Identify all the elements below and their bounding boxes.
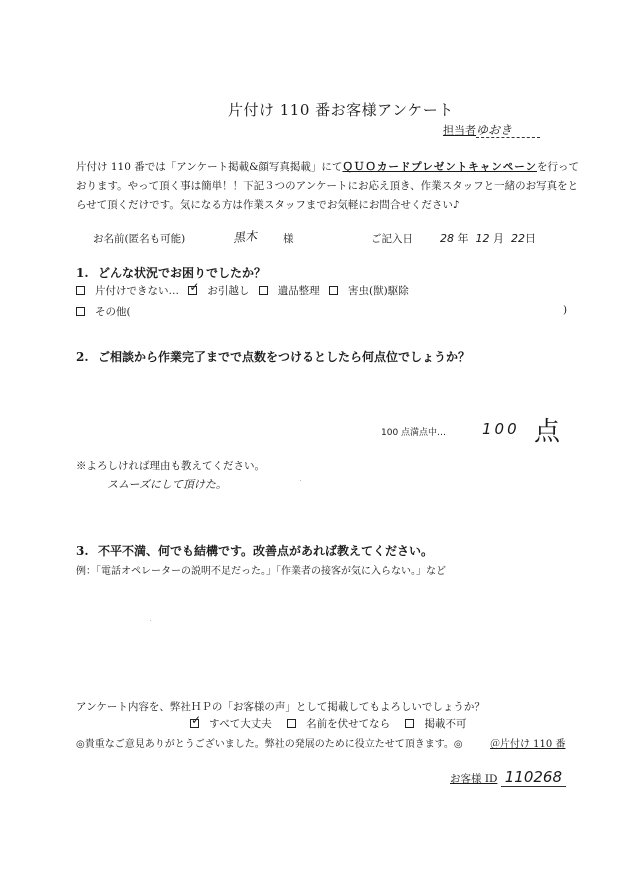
checkbox-checked-icon[interactable] <box>188 286 197 295</box>
consent-no-publish[interactable]: 掲載不可 <box>405 716 466 731</box>
scan-speck <box>150 620 151 621</box>
question-3-number: 3. <box>76 544 98 558</box>
staff-field: 担当者ゆおき <box>443 121 540 138</box>
option-other-label: その他( <box>95 306 131 318</box>
campaign-name: ＱＵＯカードプレゼントキャンペーン <box>342 161 537 173</box>
thanks-message: ◎貴重なご意見ありがとうございました。弊社の発展のために役立たせて頂きます。◎ <box>76 735 463 750</box>
checkbox-icon[interactable] <box>76 307 85 316</box>
option-estate-cleanup[interactable]: 遺品整理 <box>259 283 320 298</box>
date-year-unit: 年 <box>458 232 469 245</box>
intro-text: 片付け 110 番では「アンケート掲載&顔写真掲載」にてＱＵＯカードプレゼントキ… <box>76 158 586 215</box>
checkbox-checked-icon[interactable] <box>190 719 199 728</box>
score-value[interactable]: 100 <box>482 420 520 438</box>
question-3: 3.不平不満、何でも結構です。改善点があれば教えてください。 <box>76 542 433 559</box>
consent-anonymous[interactable]: 名前を伏せてなら <box>287 716 390 731</box>
option-other[interactable]: その他( <box>76 304 131 319</box>
checkbox-icon[interactable] <box>405 719 414 728</box>
question-2: 2.ご相談から作業完了までで点数をつけるとしたら何点位でしょうか？ <box>76 348 470 365</box>
reason-value[interactable]: スムーズにして頂けた。 <box>107 476 227 492</box>
question-2-text: ご相談から作業完了までで点数をつけるとしたら何点位でしょうか？ <box>98 350 470 364</box>
scan-speck <box>560 165 561 166</box>
option-cannot-tidy[interactable]: 片付けできない… <box>76 283 179 298</box>
question-3-text: 不平不満、何でも結構です。改善点があれば教えてください。 <box>98 544 433 558</box>
option-other-close: ) <box>563 304 567 316</box>
date-field: 28 年 12 月 22日 <box>440 230 536 246</box>
form-title: 片付け 110 番お客様アンケート <box>228 99 454 120</box>
date-label: ご記入日 <box>371 231 413 246</box>
score-unit: 点 <box>534 411 560 448</box>
option-pest-control[interactable]: 害虫(獣)駆除 <box>329 283 409 298</box>
name-label: お名前(匿名も可能) <box>93 231 185 246</box>
customer-id-value[interactable]: 110268 <box>501 768 566 787</box>
date-year[interactable]: 28 <box>440 232 454 245</box>
name-value[interactable]: 黒木 <box>232 227 258 246</box>
reason-label: ※よろしければ理由も教えてください。 <box>76 458 265 473</box>
scan-speck <box>300 480 301 481</box>
date-day[interactable]: 22 <box>511 232 525 245</box>
checkbox-icon[interactable] <box>287 719 296 728</box>
consent-all-ok[interactable]: すべて大丈夫 <box>190 716 272 731</box>
question-3-example: 例：「電話オペレーターの説明不足だった。」「作業者の接客が気に入らない。」など <box>76 562 446 577</box>
brand-name: ＠片付け 110 番 <box>490 735 565 750</box>
question-1-number: 1. <box>76 266 98 280</box>
question-1: 1.どんな状況でお困りでしたか？ <box>76 264 266 281</box>
name-suffix: 様 <box>283 231 294 246</box>
option-moving[interactable]: お引越し <box>188 283 249 298</box>
staff-label: 担当者 <box>443 124 476 137</box>
checkbox-icon[interactable] <box>76 286 85 295</box>
consent-question: アンケート内容を、弊社ＨＰの「お客様の声」として掲載してもよろしいでしょうか？ <box>76 699 485 714</box>
question-1-text: どんな状況でお困りでしたか？ <box>98 266 266 280</box>
question-1-options: 片付けできない… お引越し 遺品整理 害虫(獣)駆除 <box>76 283 415 298</box>
question-2-number: 2. <box>76 350 98 364</box>
score-label: 100 点満点中… <box>381 425 446 438</box>
customer-id-field: お客様 ID 110268 <box>450 768 566 786</box>
staff-value[interactable]: ゆおき <box>476 123 540 138</box>
date-month[interactable]: 12 <box>476 232 490 245</box>
checkbox-icon[interactable] <box>259 286 268 295</box>
date-month-unit: 月 <box>493 232 504 245</box>
checkbox-icon[interactable] <box>329 286 338 295</box>
intro-part1: 片付け 110 番では「アンケート掲載&顔写真掲載」にて <box>76 161 342 173</box>
consent-options: すべて大丈夫 名前を伏せてなら 掲載不可 <box>190 716 478 731</box>
date-day-unit: 日 <box>525 232 536 245</box>
customer-id-label: お客様 ID <box>450 773 497 785</box>
